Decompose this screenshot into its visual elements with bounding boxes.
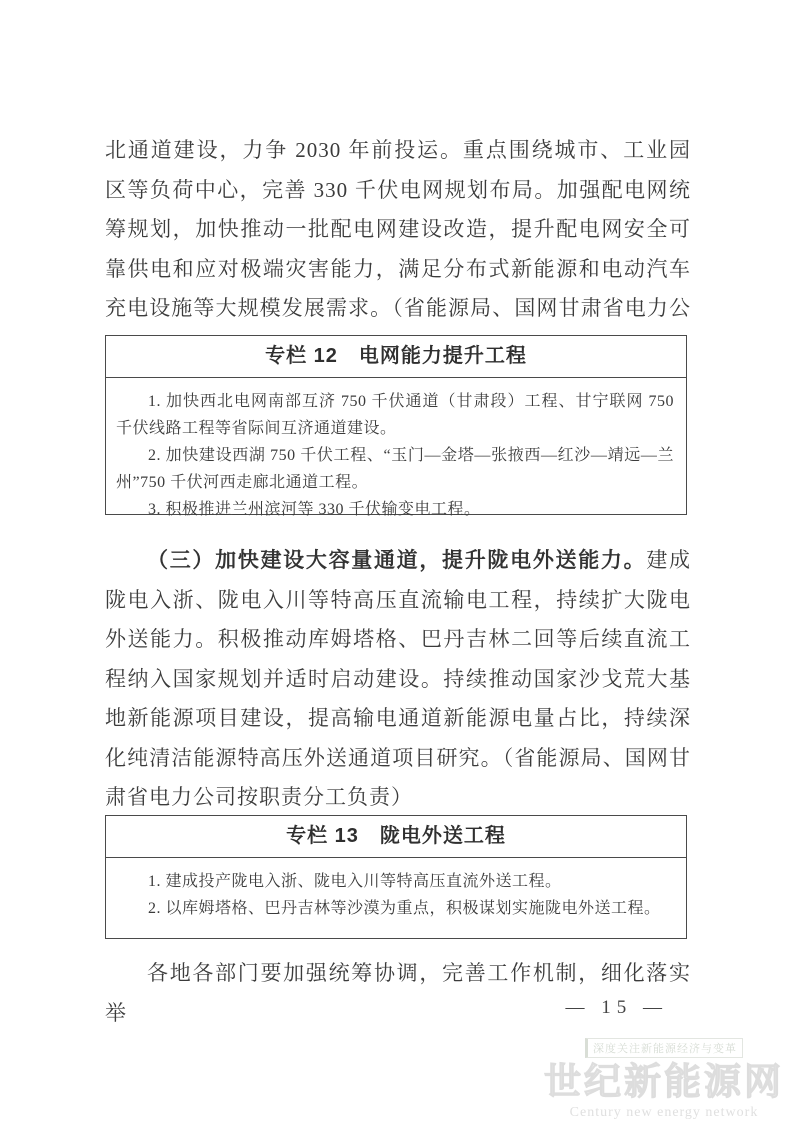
box-item: 2. 以库姆塔格、巴丹吉林等沙漠为重点，积极谋划实施陇电外送工程。 [116, 895, 674, 922]
document-page: 北通道建设，力争 2030 年前投运。重点围绕城市、工业园区等负荷中心，完善 3… [0, 0, 794, 1123]
box-item: 1. 建成投产陇电入浙、陇电入川等特高压直流外送工程。 [116, 868, 674, 895]
paragraph-continued: 北通道建设，力争 2030 年前投运。重点围绕城市、工业园区等负荷中心，完善 3… [105, 131, 691, 368]
box-item: 2. 加快建设西湖 750 千伏工程、“玉门—金塔—张掖西—红沙—靖远—兰州”7… [116, 442, 674, 496]
watermark-title: 世纪新能源网 [540, 1060, 788, 1104]
callout-box-12-body: 1. 加快西北电网南部互济 750 千伏通道（甘肃段）工程、甘宁联网 750 千… [106, 378, 686, 531]
callout-box-13-title: 专栏 13 陇电外送工程 [106, 816, 686, 858]
section-body-text: 建成陇电入浙、陇电入川等特高压直流输电工程，持续扩大陇电外送能力。积极推动库姆塔… [105, 548, 691, 809]
callout-box-12: 专栏 12 电网能力提升工程 1. 加快西北电网南部互济 750 千伏通道（甘肃… [105, 335, 687, 515]
callout-box-13-body: 1. 建成投产陇电入浙、陇电入川等特高压直流外送工程。 2. 以库姆塔格、巴丹吉… [106, 858, 686, 930]
page-number: — 15 — [566, 997, 669, 1019]
paragraph-section-3: （三）加快建设大容量通道，提升陇电外送能力。建成陇电入浙、陇电入川等特高压直流输… [105, 541, 691, 818]
watermark-tagline: 深度关注新能源经济与变革 [585, 1038, 743, 1058]
callout-box-12-title: 专栏 12 电网能力提升工程 [106, 336, 686, 378]
site-watermark: 深度关注新能源经济与变革 世纪新能源网 Century new energy n… [540, 1038, 788, 1121]
box-item: 3. 积极推进兰州滨河等 330 千伏输变电工程。 [116, 496, 674, 523]
closing-paragraph: 各地各部门要加强统筹协调，完善工作机制，细化落实举 [105, 954, 691, 1033]
callout-box-13: 专栏 13 陇电外送工程 1. 建成投产陇电入浙、陇电入川等特高压直流外送工程。… [105, 815, 687, 939]
watermark-subtitle: Century new energy network [540, 1105, 788, 1121]
section-heading: （三）加快建设大容量通道，提升陇电外送能力。 [147, 548, 646, 572]
box-item: 1. 加快西北电网南部互济 750 千伏通道（甘肃段）工程、甘宁联网 750 千… [116, 388, 674, 442]
